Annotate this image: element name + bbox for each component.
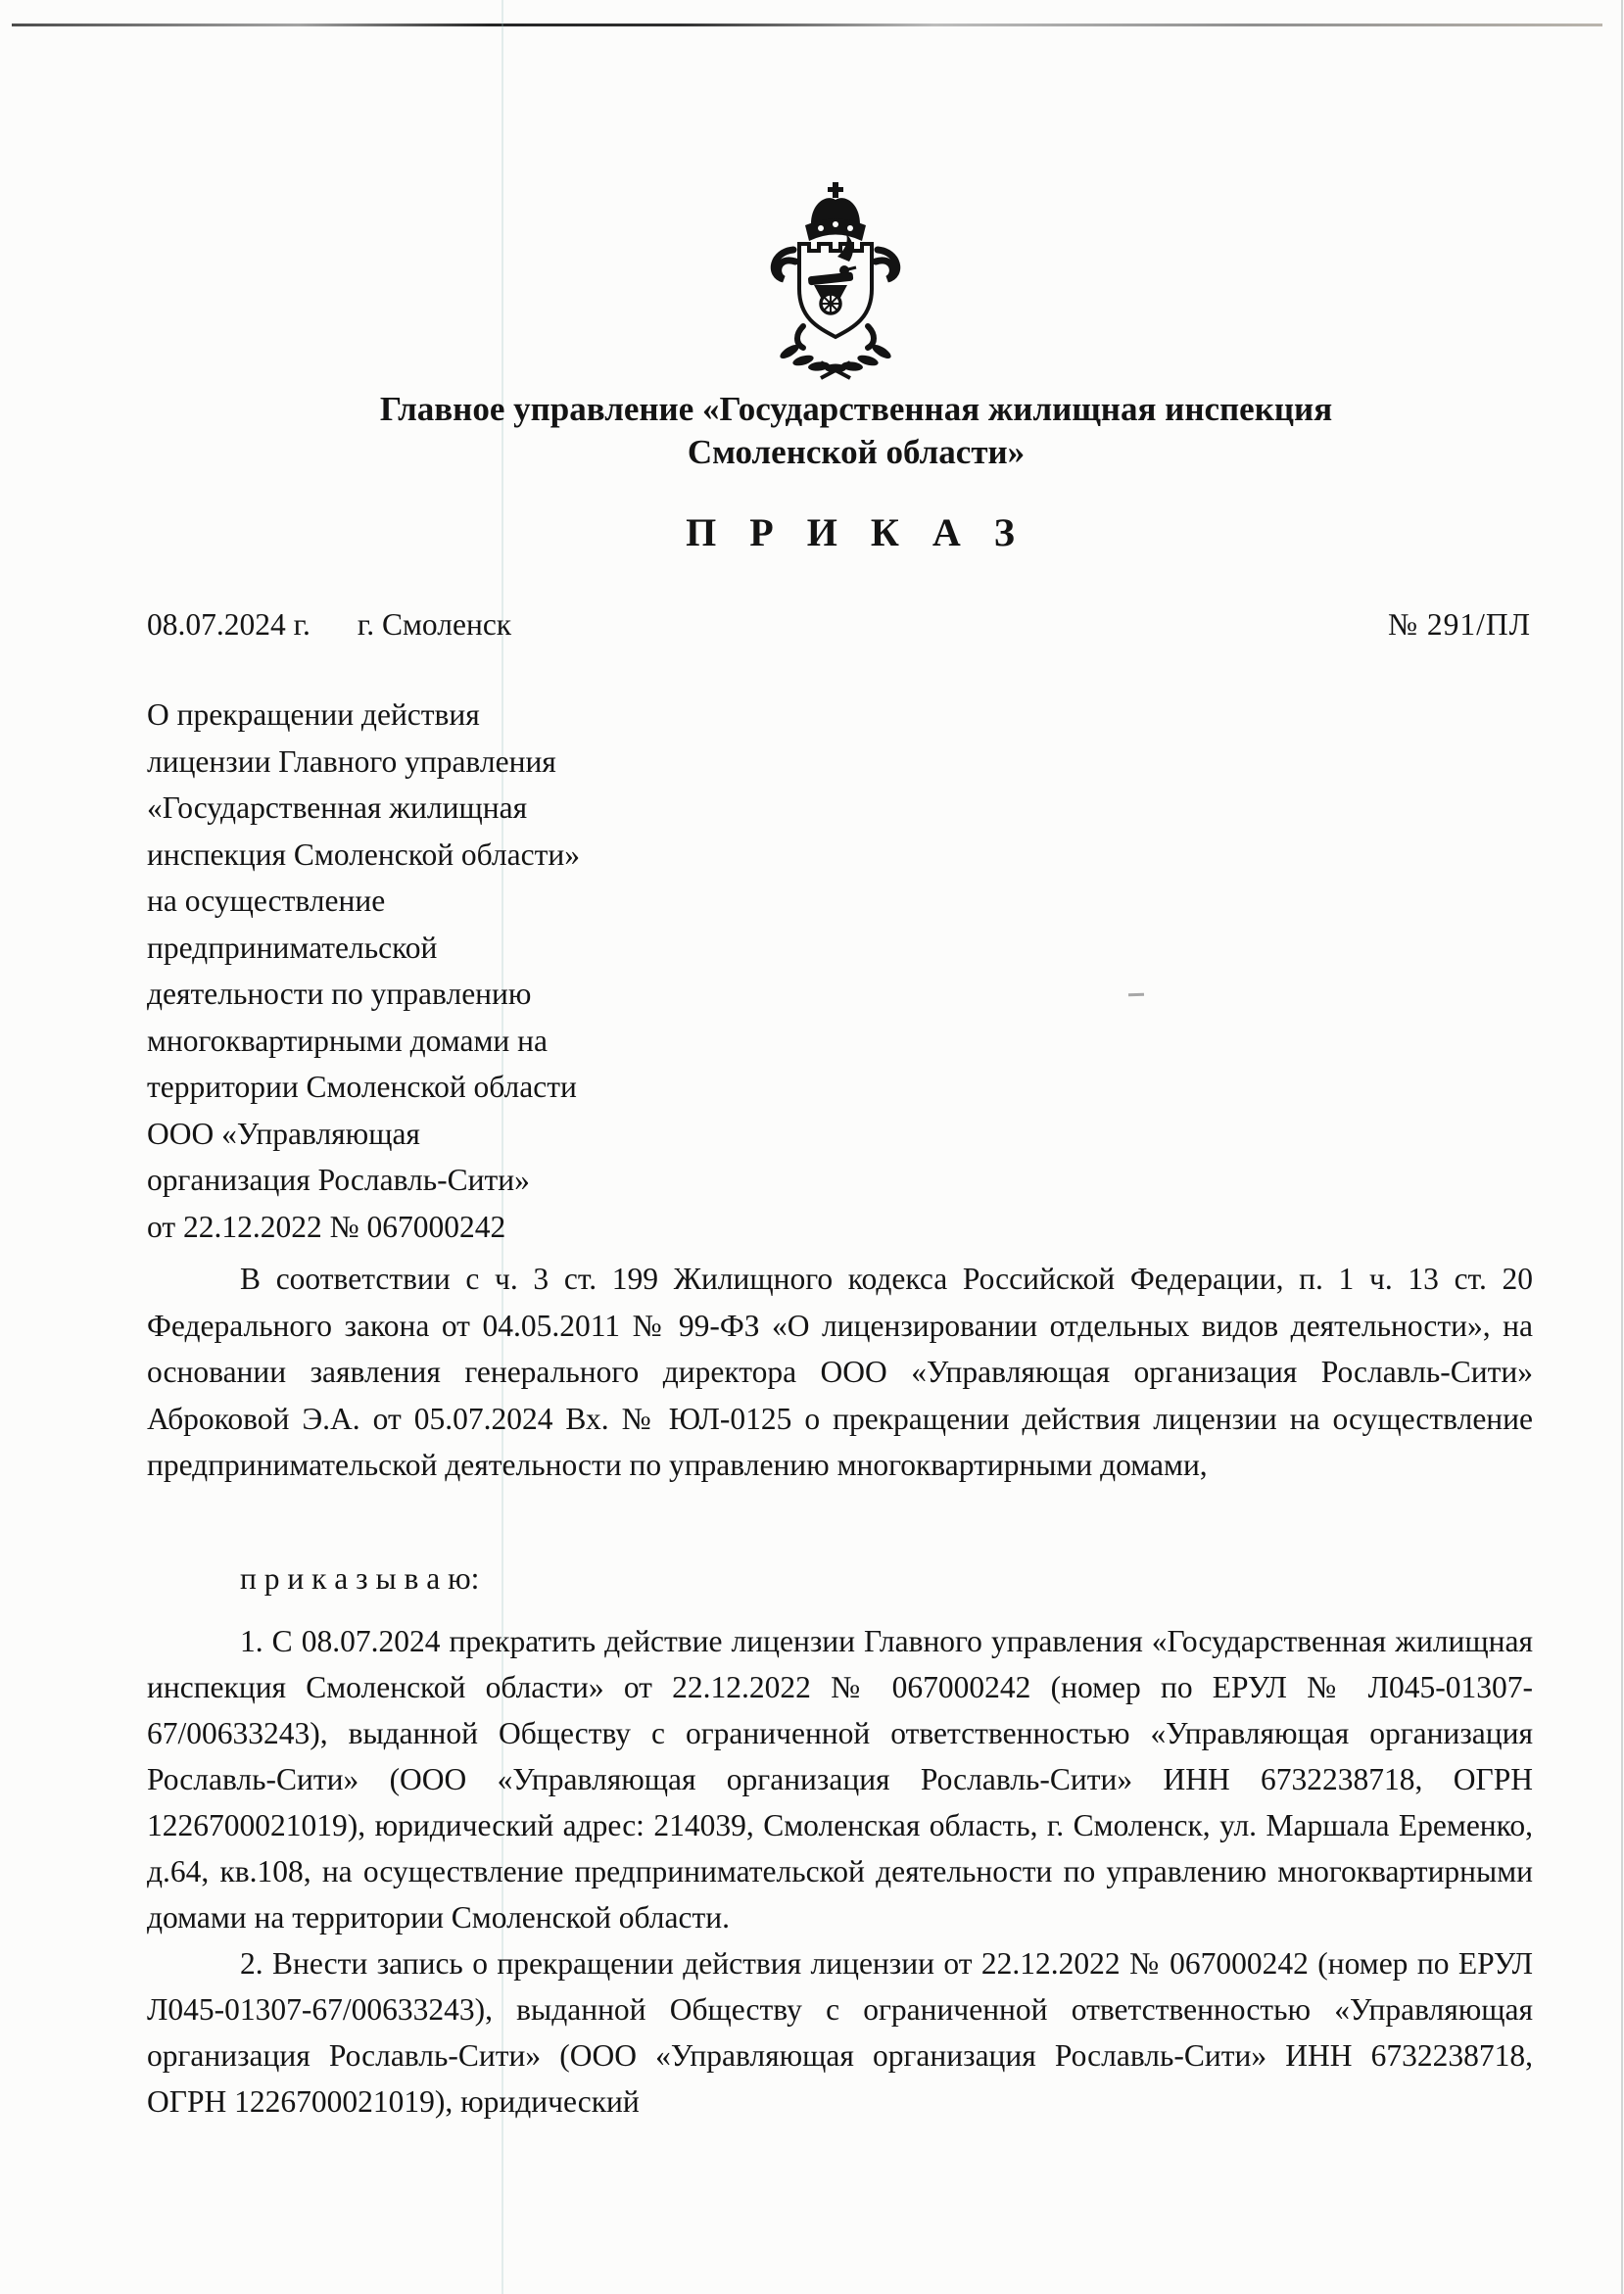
document-date: 08.07.2024 г. — [147, 607, 310, 642]
decree-word: п р и к а з ы в а ю: — [240, 1561, 479, 1597]
smolensk-coat-of-arms-icon — [752, 179, 919, 390]
scanned-document-page: Главное управление «Государственная жили… — [0, 0, 1624, 2294]
scan-dash-artifact — [1128, 993, 1144, 997]
order-item-2: 2. Внести запись о прекращении действия … — [147, 1940, 1533, 2125]
subject-line: деятельности по управлению — [147, 971, 695, 1018]
order-item-1: 1. С 08.07.2024 прекратить действие лице… — [147, 1618, 1533, 1940]
subject-line: организация Рославль-Сити» — [147, 1157, 695, 1204]
org-name-line2: Смоленской области» — [147, 431, 1565, 474]
scan-top-edge-line — [12, 24, 1602, 26]
subject-line: на осуществление — [147, 878, 695, 925]
subject-line: «Государственная жилищная — [147, 785, 695, 832]
document-subject-block: О прекращении действия лицензии Главного… — [147, 692, 695, 1250]
document-place: г. Смоленск — [358, 607, 511, 642]
subject-line: многоквартирными домами на — [147, 1018, 695, 1065]
subject-line: инспекция Смоленской области» — [147, 832, 695, 879]
subject-line: О прекращении действия — [147, 692, 695, 739]
subject-line: территории Смоленской области — [147, 1064, 695, 1111]
document-type-title: П Р И К А З — [147, 509, 1565, 555]
org-name-line1: Главное управление «Государственная жили… — [147, 388, 1565, 431]
subject-line: лицензии Главного управления — [147, 739, 695, 786]
document-number: № 291/ПЛ — [1388, 607, 1531, 643]
subject-line: от 22.12.2022 № 067000242 — [147, 1204, 695, 1251]
subject-line: предпринимательской — [147, 925, 695, 972]
scan-right-edge-line — [1621, 0, 1623, 2294]
document-meta-row: 08.07.2024 г.г. Смоленск № 291/ПЛ — [147, 607, 1531, 643]
subject-line: ООО «Управляющая — [147, 1111, 695, 1158]
org-name-header: Главное управление «Государственная жили… — [147, 388, 1565, 474]
date-place-group: 08.07.2024 г.г. Смоленск — [147, 607, 511, 643]
preamble-paragraph: В соответствии с ч. 3 ст. 199 Жилищного … — [147, 1256, 1533, 1489]
order-items: 1. С 08.07.2024 прекратить действие лице… — [147, 1618, 1533, 2125]
